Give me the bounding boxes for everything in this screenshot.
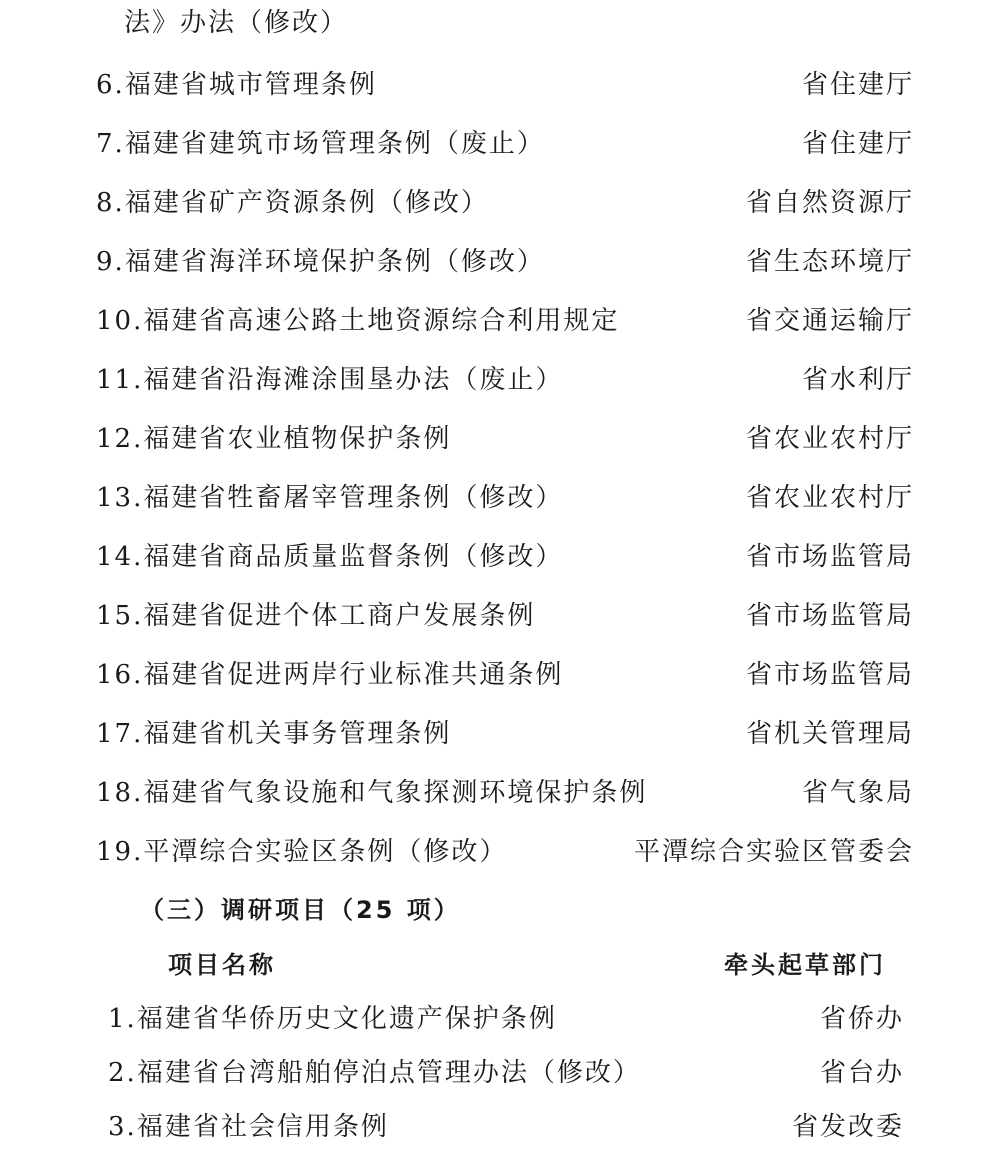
column-header-row: 项目名称 牵头起草部门 xyxy=(0,950,990,980)
list-item: 9.福建省海洋环境保护条例（修改） 省生态环境厅 xyxy=(0,247,990,277)
column-header-dept: 牵头起草部门 xyxy=(724,950,886,980)
item-name: 17.福建省机关事务管理条例 xyxy=(96,719,451,749)
item-name: 11.福建省沿海滩涂围垦办法（废止） xyxy=(96,365,563,395)
list-item: 7.福建省建筑市场管理条例（废止） 省住建厅 xyxy=(0,129,990,159)
list-item: 13.福建省牲畜屠宰管理条例（修改） 省农业农村厅 xyxy=(0,483,990,513)
list-item: 3.福建省社会信用条例 省发改委 xyxy=(0,1112,990,1142)
item-name: 6.福建省城市管理条例 xyxy=(96,70,377,100)
item-dept: 省自然资源厅 xyxy=(746,188,914,218)
item-name: 16.福建省促进两岸行业标准共通条例 xyxy=(96,660,563,690)
item-dept: 省市场监管局 xyxy=(746,542,914,572)
list-item: 10.福建省高速公路土地资源综合利用规定 省交通运输厅 xyxy=(0,306,990,336)
item-dept: 省市场监管局 xyxy=(746,601,914,631)
list-item: 2.福建省台湾船舶停泊点管理办法（修改） 省台办 xyxy=(0,1058,990,1088)
item-dept: 省水利厅 xyxy=(802,365,914,395)
item-name: 3.福建省社会信用条例 xyxy=(108,1112,389,1142)
item-dept: 省台办 xyxy=(820,1058,904,1088)
section-heading: （三）调研项目（25 项） xyxy=(140,895,461,925)
list-item: 8.福建省矿产资源条例（修改） 省自然资源厅 xyxy=(0,188,990,218)
item-name: 7.福建省建筑市场管理条例（废止） xyxy=(96,129,545,159)
item-dept: 平潭综合实验区管委会 xyxy=(634,837,914,867)
item-name: 12.福建省农业植物保护条例 xyxy=(96,424,451,454)
list-item: 6.福建省城市管理条例 省住建厅 xyxy=(0,70,990,100)
item-dept: 省市场监管局 xyxy=(746,660,914,690)
item-name: 1.福建省华侨历史文化遗产保护条例 xyxy=(108,1004,557,1034)
item-dept: 省气象局 xyxy=(802,778,914,808)
list-item: 14.福建省商品质量监督条例（修改） 省市场监管局 xyxy=(0,542,990,572)
list-item: 17.福建省机关事务管理条例 省机关管理局 xyxy=(0,719,990,749)
item-dept: 省交通运输厅 xyxy=(746,306,914,336)
item-name: 15.福建省促进个体工商户发展条例 xyxy=(96,601,535,631)
list-item: 16.福建省促进两岸行业标准共通条例 省市场监管局 xyxy=(0,660,990,690)
item-dept: 省住建厅 xyxy=(802,70,914,100)
continued-item-text: 法》办法（修改） xyxy=(124,8,348,38)
item-dept: 省侨办 xyxy=(820,1004,904,1034)
item-dept: 省发改委 xyxy=(792,1112,904,1142)
item-name: 9.福建省海洋环境保护条例（修改） xyxy=(96,247,545,277)
list-item: 1.福建省华侨历史文化遗产保护条例 省侨办 xyxy=(0,1004,990,1034)
item-name: 19.平潭综合实验区条例（修改） xyxy=(96,837,507,867)
list-item: 11.福建省沿海滩涂围垦办法（废止） 省水利厅 xyxy=(0,365,990,395)
column-header-name: 项目名称 xyxy=(168,950,276,980)
item-name: 14.福建省商品质量监督条例（修改） xyxy=(96,542,563,572)
item-dept: 省住建厅 xyxy=(802,129,914,159)
list-item: 19.平潭综合实验区条例（修改） 平潭综合实验区管委会 xyxy=(0,837,990,867)
list-item: 15.福建省促进个体工商户发展条例 省市场监管局 xyxy=(0,601,990,631)
list-item: 18.福建省气象设施和气象探测环境保护条例 省气象局 xyxy=(0,778,990,808)
item-name: 8.福建省矿产资源条例（修改） xyxy=(96,188,489,218)
item-dept: 省生态环境厅 xyxy=(746,247,914,277)
list-item: 12.福建省农业植物保护条例 省农业农村厅 xyxy=(0,424,990,454)
item-dept: 省农业农村厅 xyxy=(746,483,914,513)
item-dept: 省机关管理局 xyxy=(746,719,914,749)
item-dept: 省农业农村厅 xyxy=(746,424,914,454)
item-name: 2.福建省台湾船舶停泊点管理办法（修改） xyxy=(108,1058,641,1088)
item-name: 13.福建省牲畜屠宰管理条例（修改） xyxy=(96,483,563,513)
item-name: 18.福建省气象设施和气象探测环境保护条例 xyxy=(96,778,647,808)
item-name: 10.福建省高速公路土地资源综合利用规定 xyxy=(96,306,619,336)
